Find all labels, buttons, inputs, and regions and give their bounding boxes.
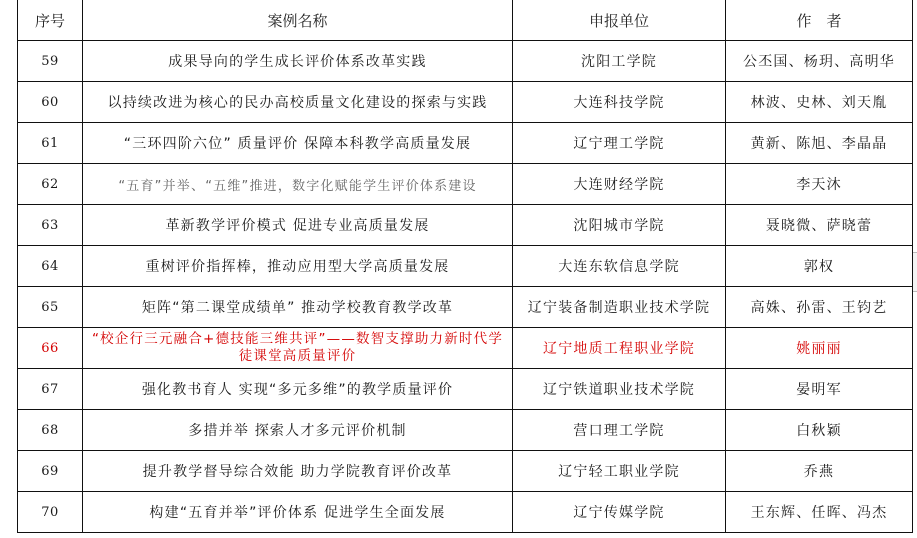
cell-no: 67 [18,369,83,410]
cell-author: 郭权 [726,246,913,287]
cell-case-name: “校企行三元融合+德技能三维共评”——数智支撑助力新时代学徒课堂高质量评价 [83,328,513,369]
cell-case-name: “三环四阶六位” 质量评价 保障本科教学高质量发展 [83,123,513,164]
cell-case-name: 提升教学督导综合效能 助力学院教育评价改革 [83,451,513,492]
cell-unit: 沈阳城市学院 [513,205,726,246]
table-row: 64 重树评价指挥棒，推动应用型大学高质量发展 大连东软信息学院 郭权 [18,246,913,287]
cell-unit: 辽宁地质工程职业学院 [513,328,726,369]
cell-unit: 辽宁传媒学院 [513,492,726,533]
cell-no: 61 [18,123,83,164]
scroll-marker [913,252,917,292]
table-row: 67 强化教书育人 实现“多元多维”的教学质量评价 辽宁铁道职业技术学院 晏明军 [18,369,913,410]
cell-case-name: 强化教书育人 实现“多元多维”的教学质量评价 [83,369,513,410]
cell-no: 65 [18,287,83,328]
cell-no: 63 [18,205,83,246]
cell-case-name: 革新教学评价模式 促进专业高质量发展 [83,205,513,246]
cell-case-name: 以持续改进为核心的民办高校质量文化建设的探索与实践 [83,82,513,123]
cell-author: 乔燕 [726,451,913,492]
table-row: 61 “三环四阶六位” 质量评价 保障本科教学高质量发展 辽宁理工学院 黄新、陈… [18,123,913,164]
table-row: 70 构建“五育并举”评价体系 促进学生全面发展 辽宁传媒学院 王东辉、任晖、冯… [18,492,913,533]
cell-author: 王东辉、任晖、冯杰 [726,492,913,533]
cell-author: 姚丽丽 [726,328,913,369]
cell-unit: 大连东软信息学院 [513,246,726,287]
table-row: 60 以持续改进为核心的民办高校质量文化建设的探索与实践 大连科技学院 林波、史… [18,82,913,123]
cell-case-name: 矩阵“第二课堂成绩单” 推动学校教育教学改革 [83,287,513,328]
cell-unit: 辽宁装备制造职业技术学院 [513,287,726,328]
table-row: 65 矩阵“第二课堂成绩单” 推动学校教育教学改革 辽宁装备制造职业技术学院 高… [18,287,913,328]
cell-unit: 大连科技学院 [513,82,726,123]
cell-case-name: 多措并举 探索人才多元评价机制 [83,410,513,451]
header-row: 序号 案例名称 申报单位 作 者 [18,0,913,41]
document-sheet: 序号 案例名称 申报单位 作 者 59 成果导向的学生成长评价体系改革实践 沈阳… [17,0,912,533]
cell-author: 晏明军 [726,369,913,410]
cell-no: 68 [18,410,83,451]
cell-unit: 辽宁轻工职业学院 [513,451,726,492]
table-row-highlighted: 66 “校企行三元融合+德技能三维共评”——数智支撑助力新时代学徒课堂高质量评价… [18,328,913,369]
cell-no: 70 [18,492,83,533]
cell-no: 60 [18,82,83,123]
header-author: 作 者 [726,0,913,41]
cell-author: 聂晓微、萨晓蕾 [726,205,913,246]
table-row: 63 革新教学评价模式 促进专业高质量发展 沈阳城市学院 聂晓微、萨晓蕾 [18,205,913,246]
cell-unit: 营口理工学院 [513,410,726,451]
cell-case-name: “五育”并举、“五维”推进，数字化赋能学生评价体系建设 [83,164,513,205]
cell-author: 李天沐 [726,164,913,205]
cell-author: 白秋颖 [726,410,913,451]
case-table: 序号 案例名称 申报单位 作 者 59 成果导向的学生成长评价体系改革实践 沈阳… [17,0,913,533]
cell-author: 黄新、陈旭、李晶晶 [726,123,913,164]
cell-no: 59 [18,41,83,82]
cell-no: 69 [18,451,83,492]
header-case-name: 案例名称 [83,0,513,41]
table-row: 59 成果导向的学生成长评价体系改革实践 沈阳工学院 公丕国、杨玥、高明华 [18,41,913,82]
table-row: 68 多措并举 探索人才多元评价机制 营口理工学院 白秋颖 [18,410,913,451]
cell-no: 62 [18,164,83,205]
cell-author: 高姝、孙雷、王钧艺 [726,287,913,328]
cell-unit: 辽宁理工学院 [513,123,726,164]
header-unit: 申报单位 [513,0,726,41]
cell-no: 64 [18,246,83,287]
cell-author: 林波、史林、刘天胤 [726,82,913,123]
cell-case-name: 成果导向的学生成长评价体系改革实践 [83,41,513,82]
cell-case-name: 重树评价指挥棒，推动应用型大学高质量发展 [83,246,513,287]
cell-author: 公丕国、杨玥、高明华 [726,41,913,82]
cell-unit: 沈阳工学院 [513,41,726,82]
cell-unit: 大连财经学院 [513,164,726,205]
header-no: 序号 [18,0,83,41]
table-row: 69 提升教学督导综合效能 助力学院教育评价改革 辽宁轻工职业学院 乔燕 [18,451,913,492]
table-row: 62 “五育”并举、“五维”推进，数字化赋能学生评价体系建设 大连财经学院 李天… [18,164,913,205]
cell-no: 66 [18,328,83,369]
cell-unit: 辽宁铁道职业技术学院 [513,369,726,410]
cell-case-name: 构建“五育并举”评价体系 促进学生全面发展 [83,492,513,533]
